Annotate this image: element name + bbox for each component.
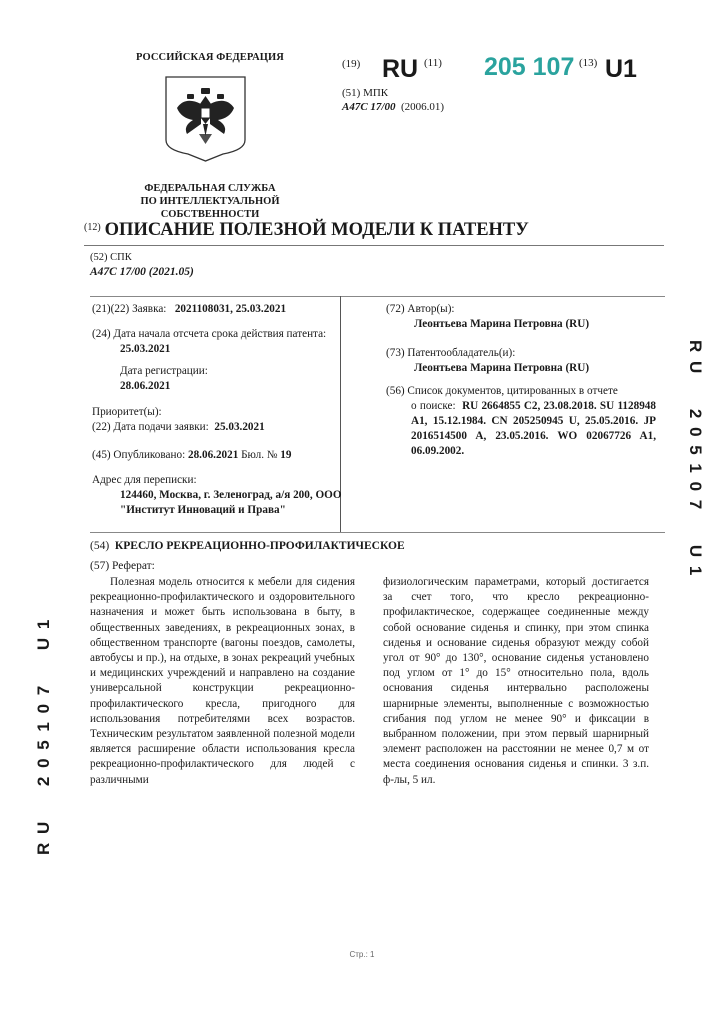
term-start-value: 25.03.2021 [120, 343, 170, 355]
authors-field: (72) Автор(ы): Леонтьева Марина Петровна… [386, 302, 589, 332]
document-title-text: ОПИСАНИЕ ПОЛЕЗНОЙ МОДЕЛИ К ПАТЕНТУ [105, 220, 529, 240]
application-value: 2021108031, 25.03.2021 [175, 303, 286, 315]
patent-number: 205 107 [484, 53, 574, 82]
russian-coat-of-arms-icon [163, 74, 248, 164]
registration-field: Дата регистрации: 28.06.2021 [92, 364, 208, 394]
page-number: Стр.: 1 [0, 950, 724, 959]
biblio-top-rule [90, 296, 665, 297]
authors-value: Леонтьева Марина Петровна (RU) [414, 318, 589, 330]
citations-label-cont: о поиске: [411, 400, 456, 412]
address-line-1: 124460, Москва, г. Зеленоград, а/я 200, … [120, 489, 342, 501]
filing-value: 25.03.2021 [214, 421, 264, 433]
mpk-version: (2006.01) [401, 101, 444, 113]
filing-label: (22) Дата подачи заявки: [92, 421, 209, 433]
country-name: РОССИЙСКАЯ ФЕДЕРАЦИЯ [100, 52, 320, 63]
spk-value: A47C 17/00 (2021.05) [90, 266, 194, 278]
mpk-class: A47C 17/00 [342, 101, 395, 113]
registration-value: 28.06.2021 [120, 380, 170, 392]
term-start-field: (24) Дата начала отсчета срока действия … [92, 327, 326, 357]
document-title: (12)ОПИСАНИЕ ПОЛЕЗНОЙ МОДЕЛИ К ПАТЕНТУ [84, 220, 664, 246]
right-margin-patent-id: R U 2 0 5 1 0 7 U 1 [685, 340, 705, 577]
kind-code: U1 [605, 55, 637, 84]
owners-label: (73) Патентообладатель(и): [386, 346, 589, 361]
authors-label: (72) Автор(ы): [386, 302, 589, 317]
biblio-bottom-rule [90, 532, 665, 533]
agency-name: ФЕДЕРАЛЬНАЯ СЛУЖБА ПО ИНТЕЛЛЕКТУАЛЬНОЙ С… [90, 182, 330, 221]
inid-code-13: (13) [579, 57, 597, 69]
term-start-label: (24) Дата начала отсчета срока действия … [92, 327, 326, 342]
left-margin-patent-id: R U 2 0 5 1 0 7 U 1 [34, 618, 54, 855]
application-field: (21)(22) Заявка: 2021108031, 25.03.2021 [92, 302, 286, 317]
mpk-label: (51) МПК [342, 87, 388, 99]
agency-line-2: ПО ИНТЕЛЛЕКТУАЛЬНОЙ СОБСТВЕННОСТИ [90, 195, 330, 221]
address-field: Адрес для переписки: 124460, Москва, г. … [92, 473, 342, 518]
citations-label: (56) Список документов, цитированных в о… [386, 384, 656, 399]
inid-code-54: (54) [90, 540, 109, 552]
owners-field: (73) Патентообладатель(и): Леонтьева Мар… [386, 346, 589, 376]
abstract-label: (57) Реферат: [90, 560, 155, 572]
published-field: (45) Опубликовано: 28.06.2021 Бюл. № 19 [92, 448, 291, 463]
address-label: Адрес для переписки: [92, 473, 342, 488]
abstract-column-left: Полезная модель относится к мебели для с… [90, 575, 355, 788]
bulletin-label: Бюл. № [241, 449, 277, 461]
agency-line-1: ФЕДЕРАЛЬНАЯ СЛУЖБА [90, 182, 330, 195]
published-value: 28.06.2021 [188, 449, 238, 461]
abstract-column-right: физиологическим параметрами, который дос… [383, 575, 649, 788]
priority-field: Приоритет(ы): (22) Дата подачи заявки: 2… [92, 405, 265, 435]
mpk-value: A47C 17/00 (2006.01) [342, 101, 444, 113]
registration-label: Дата регистрации: [120, 364, 208, 379]
invention-name: (54) КРЕСЛО РЕКРЕАЦИОННО-ПРОФИЛАКТИЧЕСКО… [90, 540, 405, 552]
owners-value: Леонтьева Марина Петровна (RU) [414, 362, 589, 374]
published-label: (45) Опубликовано: [92, 449, 185, 461]
address-line-2: "Институт Инноваций и Права" [120, 504, 286, 516]
abstract-text-left: Полезная модель относится к мебели для с… [90, 575, 355, 788]
inid-code-19: (19) [342, 58, 360, 70]
abstract-text-right: физиологическим параметрами, который дос… [383, 575, 649, 788]
application-label: (21)(22) Заявка: [92, 303, 166, 315]
priority-label: Приоритет(ы): [92, 405, 265, 420]
spk-label: (52) СПК [90, 252, 132, 263]
invention-name-text: КРЕСЛО РЕКРЕАЦИОННО-ПРОФИЛАКТИЧЕСКОЕ [115, 540, 405, 552]
country-code: RU [382, 55, 418, 84]
citations-field: (56) Список документов, цитированных в о… [386, 384, 656, 459]
inid-code-12: (12) [84, 222, 101, 233]
inid-code-11: (11) [424, 57, 442, 69]
bulletin-value: 19 [280, 449, 291, 461]
